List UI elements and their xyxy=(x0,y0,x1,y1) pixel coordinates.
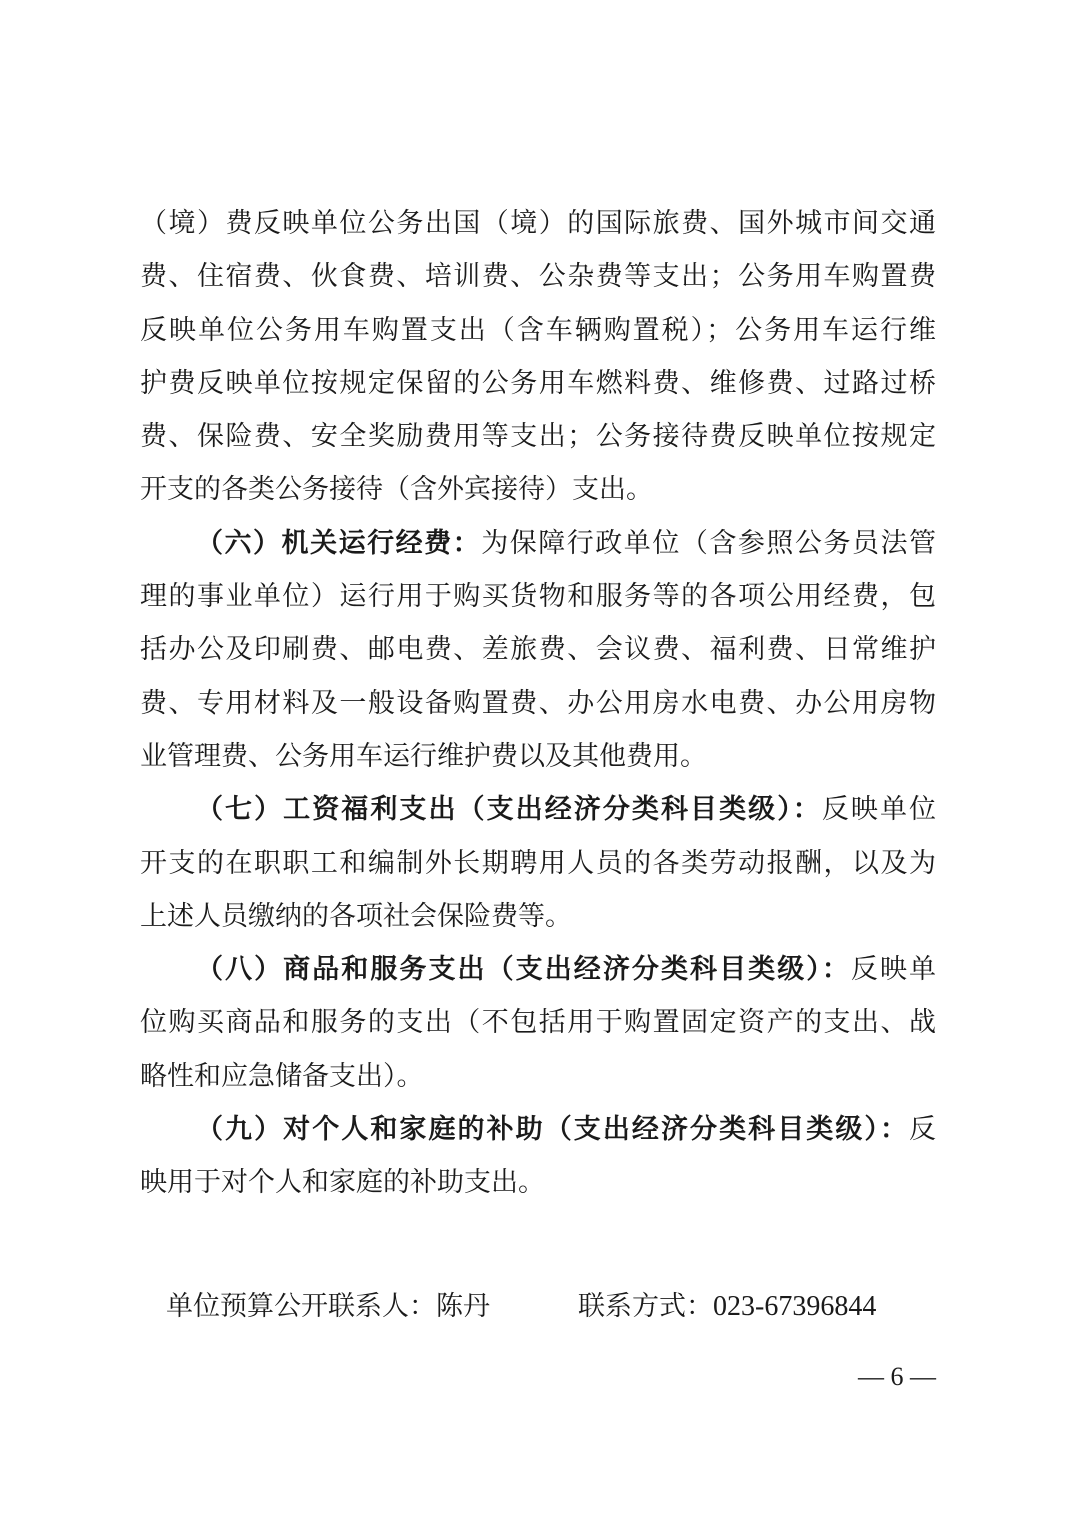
text-line: （九）对个人和家庭的补助（支出经济分类科目类级）：反 xyxy=(140,1110,936,1163)
text-line: 护费反映单位按规定保留的公务用车燃料费、维修费、过路过桥 xyxy=(140,364,936,417)
section-heading: （八）商品和服务支出（支出经济分类科目类级）： xyxy=(196,954,851,985)
text-line: 开支的各类公务接待（含外宾接待）支出。 xyxy=(140,470,936,523)
text-line: 略性和应急储备支出）。 xyxy=(140,1057,936,1110)
text-span: 反映单 xyxy=(851,954,936,985)
contact-phone: 023-67396844 xyxy=(713,1291,876,1322)
text-line: （七）工资福利支出（支出经济分类科目类级）：反映单位 xyxy=(140,790,936,843)
contact-person-name: 陈丹 xyxy=(436,1291,490,1322)
text-line: 理的事业单位）运行用于购买货物和服务等的各项公用经费，包 xyxy=(140,577,936,630)
text-line: 反映单位公务用车购置支出（含车辆购置税）；公务用车运行维 xyxy=(140,311,936,364)
text-line: （八）商品和服务支出（支出经济分类科目类级）：反映单 xyxy=(140,950,936,1003)
text-line: 费、专用材料及一般设备购置费、办公用房水电费、办公用房物 xyxy=(140,684,936,737)
budget-contact-info: 单位预算公开联系人：陈丹联系方式：023-67396844 xyxy=(166,1287,876,1327)
text-line: 上述人员缴纳的各项社会保险费等。 xyxy=(140,897,936,950)
paragraph-goods-services: （八）商品和服务支出（支出经济分类科目类级）：反映单 位购买商品和服务的支出（不… xyxy=(140,950,936,1110)
text-line: （六）机关运行经费：为保障行政单位（含参照公务员法管 xyxy=(140,524,936,577)
section-heading: （六）机关运行经费： xyxy=(196,528,481,559)
contact-method-label: 联系方式： xyxy=(578,1291,713,1322)
paragraph-operating-expenses: （六）机关运行经费：为保障行政单位（含参照公务员法管 理的事业单位）运行用于购买… xyxy=(140,524,936,790)
page-number: — 6 — xyxy=(858,1357,936,1397)
text-line: 费、保险费、安全奖励费用等支出；公务接待费反映单位按规定 xyxy=(140,417,936,470)
text-line: 映用于对个人和家庭的补助支出。 xyxy=(140,1163,936,1216)
section-heading: （七）工资福利支出（支出经济分类科目类级）： xyxy=(196,794,822,825)
text-line: 位购买商品和服务的支出（不包括用于购置固定资产的支出、战 xyxy=(140,1003,936,1056)
paragraph-individual-household-subsidy: （九）对个人和家庭的补助（支出经济分类科目类级）：反 映用于对个人和家庭的补助支… xyxy=(140,1110,936,1217)
text-span: 为保障行政单位（含参照公务员法管 xyxy=(481,528,936,559)
section-heading: （九）对个人和家庭的补助（支出经济分类科目类级）： xyxy=(196,1114,909,1145)
contact-person-label: 单位预算公开联系人： xyxy=(166,1291,436,1322)
text-line: 开支的在职职工和编制外长期聘用人员的各类劳动报酬，以及为 xyxy=(140,844,936,897)
text-span: 反映单位 xyxy=(822,794,936,825)
paragraph-public-expenses-continued: （境）费反映单位公务出国（境）的国际旅费、国外城市间交通 费、住宿费、伙食费、培… xyxy=(140,204,936,524)
document-page: （境）费反映单位公务出国（境）的国际旅费、国外城市间交通 费、住宿费、伙食费、培… xyxy=(0,0,1074,1520)
document-body: （境）费反映单位公务出国（境）的国际旅费、国外城市间交通 费、住宿费、伙食费、培… xyxy=(140,204,936,1217)
text-line: 括办公及印刷费、邮电费、差旅费、会议费、福利费、日常维护 xyxy=(140,630,936,683)
text-span: 反 xyxy=(909,1114,936,1145)
text-line: 费、住宿费、伙食费、培训费、公杂费等支出；公务用车购置费 xyxy=(140,257,936,310)
text-line: （境）费反映单位公务出国（境）的国际旅费、国外城市间交通 xyxy=(140,204,936,257)
text-line: 业管理费、公务用车运行维护费以及其他费用。 xyxy=(140,737,936,790)
paragraph-salary-welfare: （七）工资福利支出（支出经济分类科目类级）：反映单位 开支的在职职工和编制外长期… xyxy=(140,790,936,950)
